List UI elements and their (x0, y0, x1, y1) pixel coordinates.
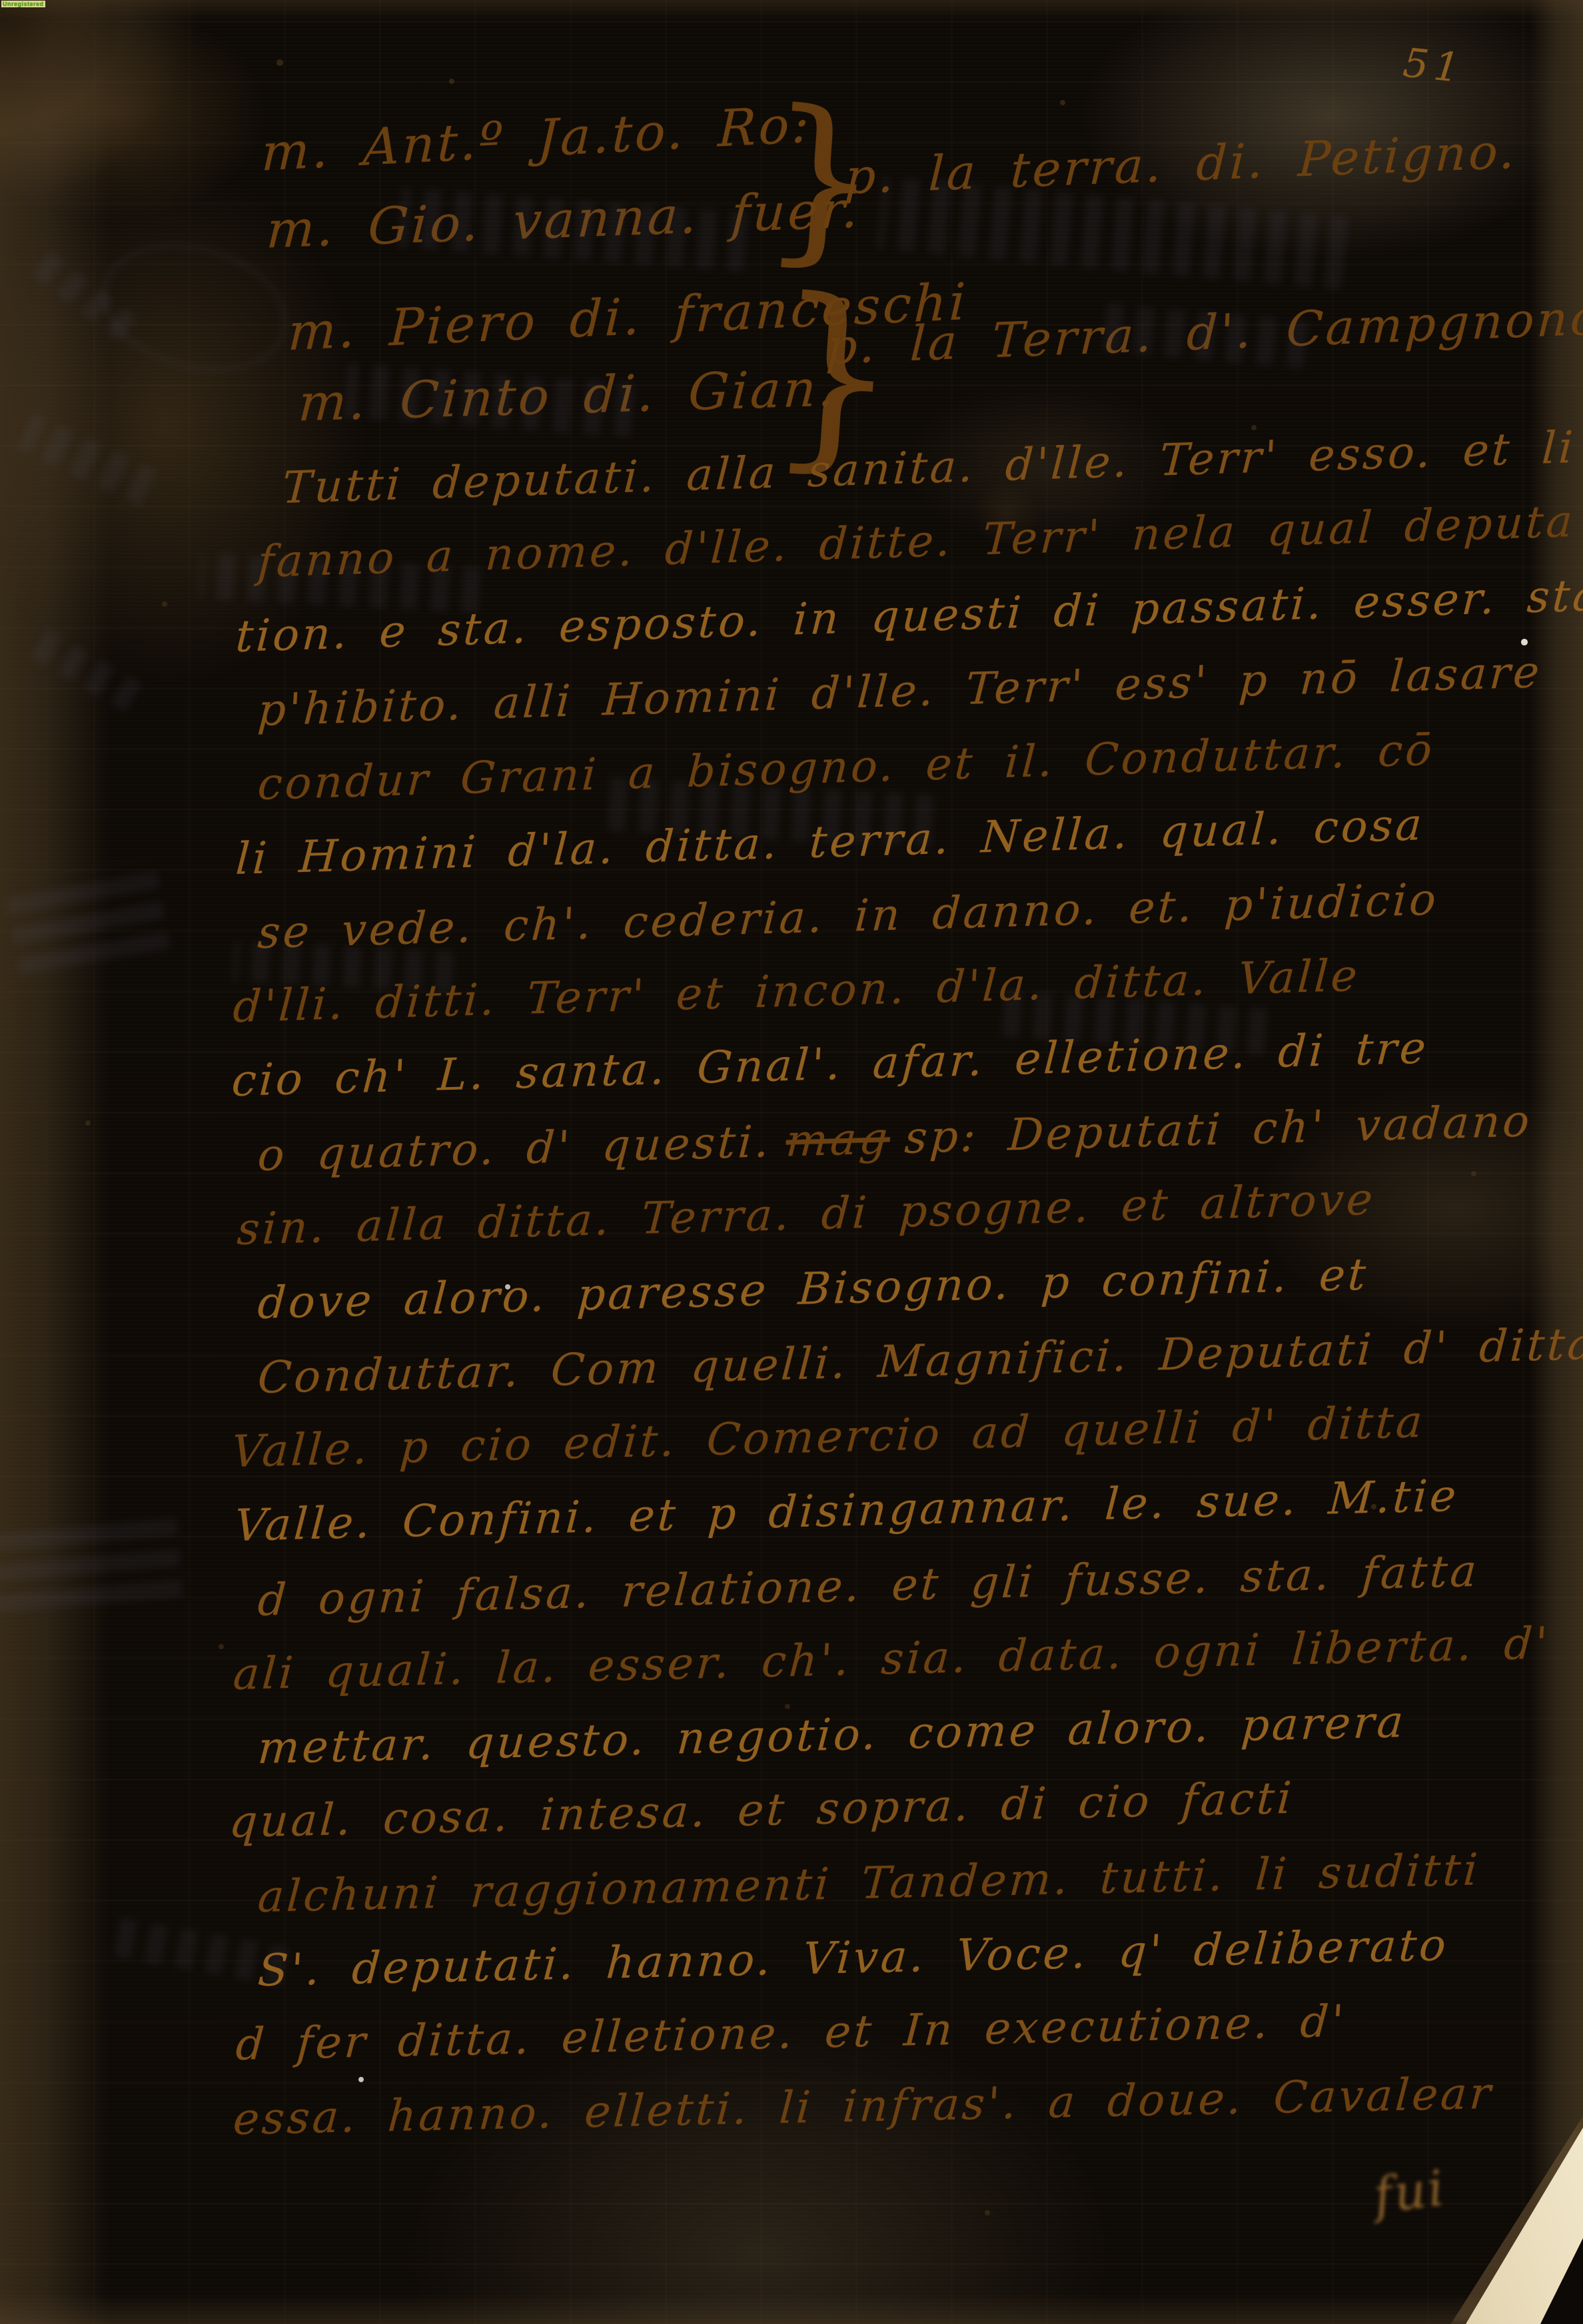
manuscript-line: Valle. Confini. et p disingannar. le. su… (233, 1474, 1460, 1548)
page-edge-top (0, 0, 1583, 20)
page-edge-bottom (0, 2293, 1583, 2324)
manuscript-line: condur Grani a bisogno. et il. Conduttar… (257, 728, 1436, 807)
manuscript-line: se vede. ch'. cederia. in danno. et. p'i… (257, 877, 1440, 955)
manuscript-line: cio ch' L. santa. Gnal'. afar. elletione… (231, 1026, 1430, 1103)
line-segment: o quatro. d' questi. (257, 1116, 773, 1181)
header-name-line: m. Ant.º Ja.to. Ro: (261, 99, 812, 179)
manuscript-line: o quatro. d' questi.magsp: Deputati ch' … (257, 1099, 1548, 1178)
dark-corner-top-left (0, 0, 213, 200)
manuscript-line: fanno a nome. d'lle. ditte. Terr' nela q… (257, 500, 1576, 584)
manuscript-line: Valle. p cio edit. Comercio ad quelli d'… (231, 1400, 1426, 1474)
line-segment: sp: Deputati ch' vadano (903, 1095, 1534, 1164)
manuscript-line: ali quali. la. esser. ch'. sia. data. og… (232, 1621, 1551, 1697)
manuscript-line: mettar. questo. negotio. come aloro. par… (257, 1700, 1407, 1770)
manuscript-line: tion. e sta. esposto. in questi di passa… (235, 574, 1583, 659)
place-label: p. la terra. di. Petigno. (844, 127, 1519, 201)
manuscript-line: Tutti deputati. alla sanita. d'lle. Terr… (281, 422, 1583, 510)
manuscript-line: sin. alla ditta. Terra. di psogne. et al… (236, 1178, 1376, 1252)
scanner-watermark: Unregistered (1, 1, 45, 7)
gutter-shadow (0, 0, 110, 2324)
manuscript-line: alchuni raggionamenti Tandem. tutti. li … (257, 1848, 1482, 1919)
manuscript-line: p'hibito. alli Homini d'lle. Terr' ess' … (257, 650, 1543, 733)
manuscript-line: qual. cosa. intesa. et sopra. di cio fac… (228, 1776, 1295, 1844)
folio-number: 51 (1401, 39, 1467, 92)
manuscript-line: d fer ditta. elletione. et In executione… (235, 2000, 1347, 2067)
manuscript-line: essa. hanno. elletti. li infras'. a doue… (232, 2072, 1494, 2141)
manuscript-line: Conduttar. Com quelli. Magnifici. Deputa… (257, 1322, 1583, 1400)
manuscript-line: li Homini d'la. ditta. terra. Nella. qua… (235, 803, 1426, 881)
manuscript-page: Unregistered 51 m. Ant.º Ja.to. Ro: m. G… (0, 0, 1583, 2324)
struck-word: mag (785, 1112, 892, 1166)
manuscript-line: d'lli. ditti. Terr' et incon. d'la. ditt… (232, 954, 1361, 1029)
manuscript-line: d ogni falsa. relatione. et gli fusse. s… (257, 1549, 1480, 1623)
header-name-line: m. Cinto di. Gian. (297, 363, 839, 429)
manuscript-line: dove aloro. paresse Bisogno. p confini. … (257, 1253, 1370, 1326)
manuscript-line: S'. deputati. hanno. Viva. Voce. q' deli… (257, 1923, 1450, 1993)
page-edge-right (1530, 0, 1583, 2324)
page-fold-corner (1370, 2098, 1583, 2324)
